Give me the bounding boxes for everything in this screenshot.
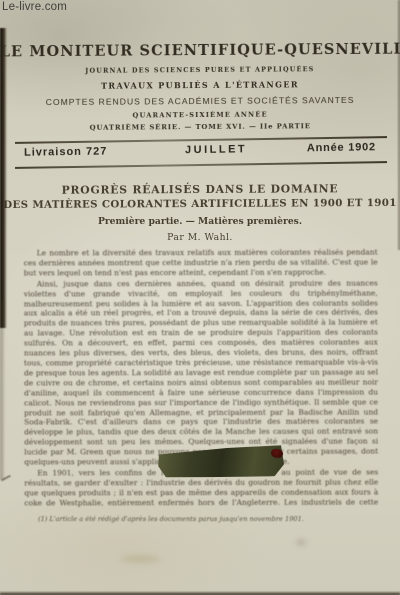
issue-year: Année 1902 (307, 141, 376, 154)
article-byline: Par M. Wahl. (0, 232, 400, 243)
paper-smudge (120, 555, 160, 563)
journal-title: LE MONITEUR SCIENTIFIQUE-QUESNEVILLE (0, 41, 400, 61)
body-paragraph: Le nombre et la diversité des travaux re… (24, 248, 378, 279)
scan-edge-shadow-left (0, 28, 7, 328)
scan-edge-shadow-left-lower (0, 300, 5, 480)
article-title: PROGRÈS RÉALISÉS DANS LE DOMAINE DES MAT… (0, 182, 400, 211)
paper-smudge (296, 540, 306, 545)
issue-number: Livraison 727 (24, 145, 108, 158)
journal-subtitle-travaux: TRAVAUX PUBLIÉS A L'ÉTRANGER (0, 79, 400, 92)
horizontal-rule-bottom (15, 161, 387, 169)
scanned-journal-page: Le-livre.com LE MONITEUR SCIENTIFIQUE-QU… (0, 0, 400, 595)
body-paragraph: Ainsi, jusque dans ces dernières années,… (24, 278, 378, 467)
journal-masthead: LE MONITEUR SCIENTIFIQUE-QUESNEVILLE JOU… (0, 41, 400, 133)
bookseller-watermark: Le-livre.com (2, 1, 67, 13)
journal-year-line: QUARANTE-SIXIÈME ANNÉE (0, 110, 400, 121)
journal-series-line: QUATRIÈME SÉRIE. — TOME XVI. — IIe PARTI… (0, 122, 400, 133)
journal-subtitle-sciences: JOURNAL DES SCIENCES PURES ET APPLIQUÉES (0, 65, 400, 76)
issue-bar: Livraison 727 JUILLET Année 1902 (0, 141, 400, 159)
article-title-line1: PROGRÈS RÉALISÉS DANS LE DOMAINE (0, 182, 400, 197)
issue-month: JUILLET (185, 143, 247, 156)
article-subtitle: Première partie. — Matières premières. (0, 216, 400, 227)
article-footnote: (1) L'article a été rédigé d'après les d… (38, 515, 340, 523)
scan-edge-shadow-bottom (0, 591, 400, 595)
article-title-line2: DES MATIÈRES COLORANTES ARTIFICIELLES EN… (0, 197, 400, 211)
journal-subtitle-comptes: COMPTES RENDUS DES ACADÉMIES ET SOCIÉTÉS… (0, 95, 400, 108)
